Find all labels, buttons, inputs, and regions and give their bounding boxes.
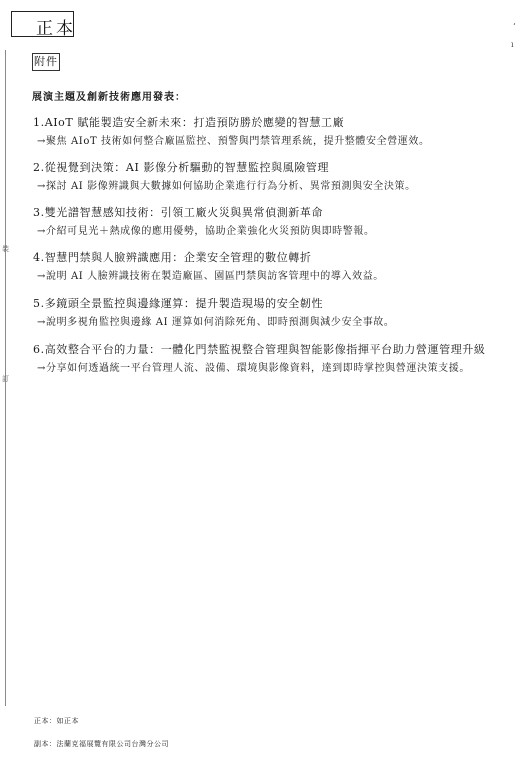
topic-title: 5.多鏡頭全景監控與邊緣運算：提升製造現場的安全韌性	[33, 297, 395, 311]
binding-mark-upper: 裝	[2, 244, 9, 254]
topic-item-6: 6.高效整合平台的力量：一體化門禁監視整合管理與智能影像指揮平台助力營運管理升級…	[33, 343, 486, 375]
topic-item-2: 2.從視覺到決策：AI 影像分析驅動的智慧監控與風險管理 →探討 AI 影像辨識…	[33, 161, 416, 193]
topic-item-5: 5.多鏡頭全景監控與邊緣運算：提升製造現場的安全韌性 →說明多視角監控與邊緣 A…	[33, 297, 395, 329]
binding-mark-lower: 訂	[2, 374, 9, 384]
topic-title: 6.高效整合平台的力量：一體化門禁監視整合管理與智能影像指揮平台助力營運管理升級	[33, 343, 486, 357]
annex-label-box: 附件	[32, 53, 60, 71]
original-copy-stamp: 正本	[11, 11, 74, 37]
scan-mark-bottom: ı	[511, 40, 514, 49]
stamp-label: 正本	[36, 14, 76, 39]
topic-description: →聚焦 AIoT 技術如何整合廠區監控、預警與門禁管理系統，提升整體安全營運效。	[37, 135, 430, 148]
topic-title: 4.智慧門禁與人臉辨識應用：企業安全管理的數位轉折	[33, 251, 384, 265]
topic-description: →說明多視角監控與邊緣 AI 運算如何消除死角、即時預測與減少安全事故。	[37, 316, 395, 329]
footer-copy-recipient: 副本：法蘭克福展覽有限公司台灣分公司	[34, 739, 169, 749]
topic-title: 3.雙光譜智慧感知技術：引領工廠火災與異常偵測新革命	[33, 206, 375, 220]
topic-item-3: 3.雙光譜智慧感知技術：引領工廠火災與異常偵測新革命 →介紹可見光＋熱成像的應用…	[33, 206, 375, 238]
topic-description: →介紹可見光＋熱成像的應用優勢，協助企業強化火災預防與即時警報。	[37, 225, 375, 238]
topic-description: →分享如何透過統一平台管理人流、設備、環境與影像資料，達到即時掌控與營運決策支援…	[37, 362, 486, 375]
topic-title: 1.AIoT 賦能製造安全新未來：打造預防勝於應變的智慧工廠	[33, 116, 430, 130]
annex-label: 附件	[34, 55, 58, 68]
topic-description: →說明 AI 人臉辨識技術在製造廠區、園區門禁與訪客管理中的導入效益。	[37, 270, 384, 283]
topic-item-4: 4.智慧門禁與人臉辨識應用：企業安全管理的數位轉折 →說明 AI 人臉辨識技術在…	[33, 251, 384, 283]
topic-item-1: 1.AIoT 賦能製造安全新未來：打造預防勝於應變的智慧工廠 →聚焦 AIoT …	[33, 116, 430, 148]
section-heading: 展演主題及創新技術應用發表：	[32, 88, 186, 103]
topic-description: →探討 AI 影像辨識與大數據如何協助企業進行行為分析、異常預測與安全決策。	[37, 180, 416, 193]
topic-title: 2.從視覺到決策：AI 影像分析驅動的智慧監控與風險管理	[33, 161, 416, 175]
footer-original-recipient: 正本：如正本	[34, 716, 79, 726]
scan-mark-top: ‘	[513, 22, 516, 31]
